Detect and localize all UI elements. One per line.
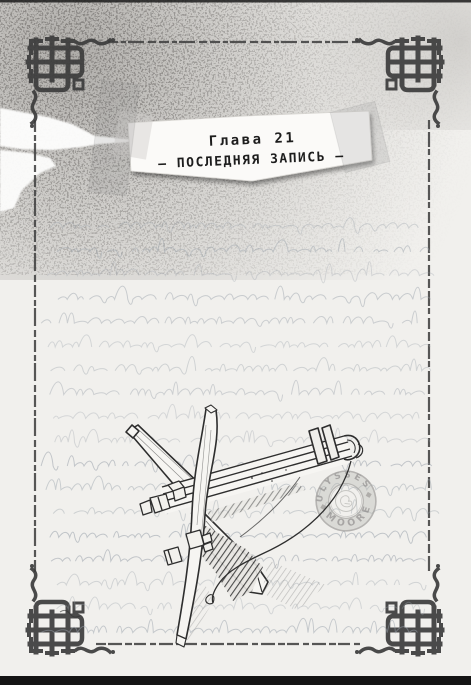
- page-canvas: ULYSSES MOORE: [0, 0, 471, 685]
- bottom-edge-bar: [0, 676, 471, 685]
- top-edge-line: [0, 0, 471, 3]
- scanned-book-page: ULYSSES MOORE: [0, 0, 471, 685]
